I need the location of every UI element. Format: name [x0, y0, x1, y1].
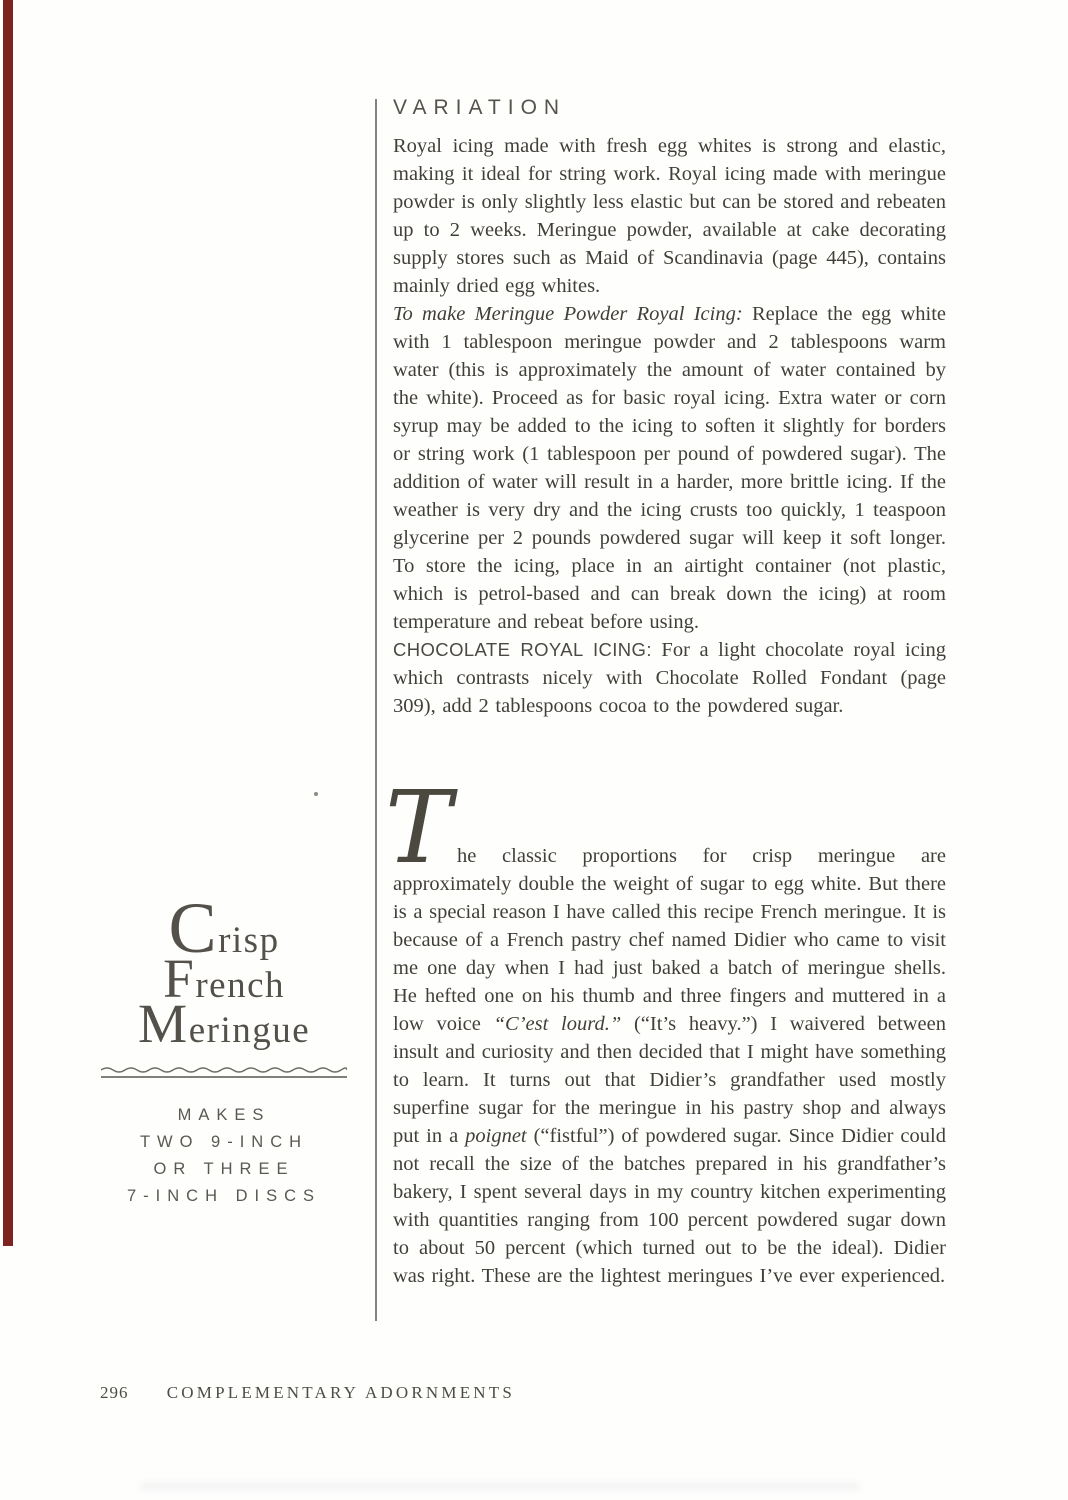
recipe-title-line: Meringue [98, 1008, 350, 1053]
book-page: { "colors": { "spine_red": "#7d2423", "i… [0, 0, 1068, 1500]
variation-body-paragraph: Royal icing made with fresh egg whites i… [393, 132, 946, 300]
scan-smudge [140, 1482, 860, 1491]
intro-paragraph: he classic proportions for crisp meringu… [393, 842, 946, 1290]
decorative-title-rule [101, 1065, 347, 1080]
intro-dropcap: T [385, 778, 452, 878]
spine-red-strip [3, 0, 13, 1246]
page-footer: 296 COMPLEMENTARY ADORNMENTS [100, 1383, 960, 1403]
variation-heading: VARIATION [393, 96, 946, 120]
variation-method-paragraph: To make Meringue Powder Royal Icing: Rep… [393, 300, 946, 636]
yield-line: MAKES [98, 1102, 350, 1129]
variation-section: VARIATION Royal icing made with fresh eg… [393, 96, 946, 720]
recipe-title: Crisp French Meringue [98, 918, 350, 1053]
recipe-title-line: Crisp [98, 918, 350, 963]
recipe-sidebar: Crisp French Meringue MAKES TWO 9-INCH O… [98, 918, 350, 1210]
running-footer-title: COMPLEMENTARY ADORNMENTS [167, 1383, 515, 1403]
recipe-intro-section: T he classic proportions for crisp merin… [393, 790, 946, 1290]
recipe-title-line: French [98, 963, 350, 1008]
yield-line: OR THREE [98, 1156, 350, 1183]
yield-line: 7-INCH DISCS [98, 1183, 350, 1210]
yield-line: TWO 9-INCH [98, 1129, 350, 1156]
scan-speck [314, 792, 318, 796]
column-divider-rule [375, 99, 377, 1321]
yield-note: MAKES TWO 9-INCH OR THREE 7-INCH DISCS [98, 1102, 350, 1210]
chocolate-royal-icing-paragraph: CHOCOLATE ROYAL ICING: For a light choco… [393, 636, 946, 720]
page-number: 296 [100, 1383, 129, 1403]
